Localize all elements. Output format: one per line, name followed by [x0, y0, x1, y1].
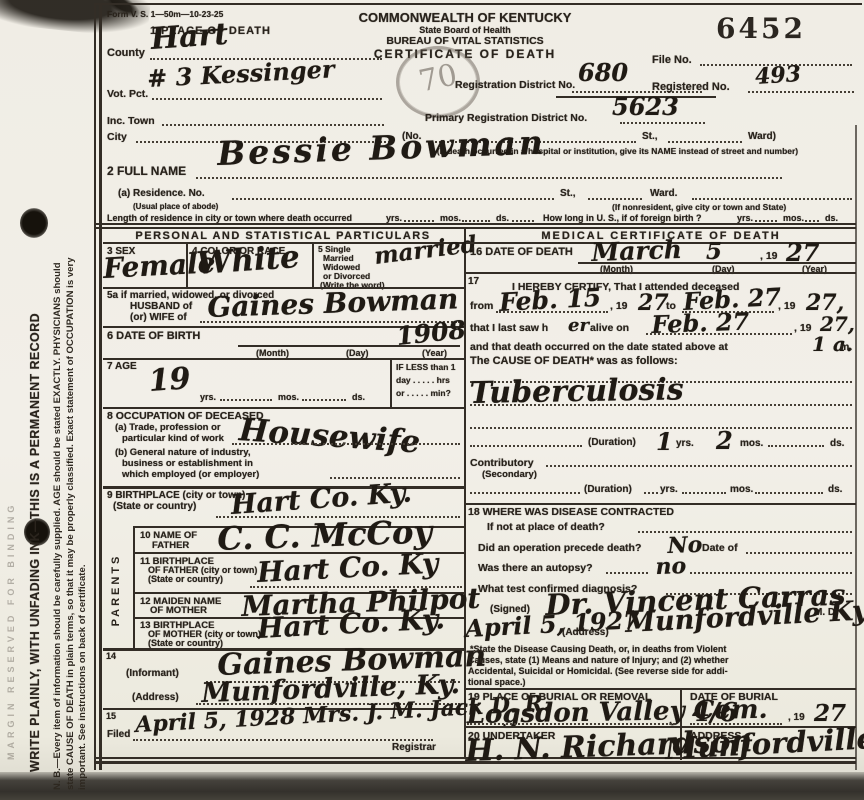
len-yrs-label: yrs.	[386, 213, 402, 223]
age-value: 19	[148, 361, 192, 399]
date-of-death-year-prefix: , 19	[760, 250, 778, 262]
duration-mos-label: mos.	[740, 438, 763, 449]
dob-day-label: (Day)	[346, 348, 369, 358]
margin-nb-note: N. B.—Every item of information should b…	[52, 18, 90, 790]
autopsy-value: no	[655, 553, 687, 580]
margin-nb-line1: N. B.—Every item of information should b…	[52, 18, 65, 790]
operation-date-label: Date of	[702, 542, 738, 554]
header-separator-2	[94, 227, 856, 229]
last-saw-label: that I last saw h	[470, 322, 548, 334]
inc-town-label: Inc. Town	[107, 115, 155, 127]
nonresident-note: (If nonresident, give city or town and S…	[612, 202, 786, 212]
bureau-subtitle: BUREAU OF VITAL STATISTICS	[330, 35, 600, 47]
secondary-label: (Secondary)	[482, 469, 537, 480]
registration-district-value: 680	[578, 58, 628, 87]
occupation-value: Housewife	[238, 412, 421, 461]
margin-nb-line3: important. See instructions on back of c…	[77, 18, 90, 790]
len-ds-label: ds.	[496, 213, 509, 223]
death-certificate-scan: MARGIN RESERVED FOR BINDING WRITE PLAINL…	[0, 0, 864, 800]
last-saw-pronoun: er	[568, 315, 589, 336]
registered-no-line	[748, 91, 854, 93]
footnote-underline	[466, 688, 856, 690]
duration-lead-line	[470, 445, 582, 447]
primary-registration-value: 5623	[612, 92, 679, 121]
operation-label: Did an operation precede death?	[478, 542, 641, 554]
death-occurred-label: and that death occurred on the date stat…	[470, 341, 728, 353]
age-mos-label: mos.	[278, 392, 299, 402]
inc-town-line	[162, 124, 384, 126]
abode-note: (Usual place of abode)	[133, 202, 218, 211]
mother-birthplace-label-3: (State or country)	[148, 638, 223, 648]
last-saw-line	[646, 333, 792, 335]
parents-divider-vertical	[133, 526, 135, 648]
duration2-ds-label: ds.	[828, 484, 842, 495]
cause-line-2	[470, 404, 852, 406]
duration-ds-label: ds.	[830, 438, 844, 449]
filed-label: Filed	[107, 729, 130, 740]
len-ds-line	[512, 220, 534, 222]
residence-ward-label: Ward.	[650, 188, 677, 199]
footnote-line-3: Accidental, Suicidal or Homicidal. (See …	[468, 666, 728, 676]
dob-line	[238, 345, 460, 347]
saw-year-prefix: , 19	[794, 322, 812, 334]
occupation-a-label-1: (a) Trade, profession or	[115, 422, 221, 433]
duration-ds-line	[768, 445, 824, 447]
disease-contracted-label: 18 WHERE WAS DISEASE CONTRACTED	[468, 506, 674, 518]
footnote-line-4: tional space.)	[468, 677, 526, 687]
footnote-line-2: Causes, state (1) Means and nature of In…	[468, 655, 729, 665]
age-yrs-line	[220, 399, 272, 401]
contributory-line	[546, 465, 852, 467]
duration2-label: (Duration)	[584, 484, 632, 495]
mother-maiden-label-2: OF MOTHER	[150, 605, 207, 616]
voting-precinct-line	[152, 98, 382, 100]
attended-from-label: from	[470, 300, 493, 312]
cause-of-death-label: The CAUSE OF DEATH* was as follows:	[470, 355, 678, 367]
full-name-line	[196, 177, 782, 179]
length-residence-label: Length of residence in city or town wher…	[107, 213, 352, 223]
parents-vertical-label: PARENTS	[110, 535, 122, 645]
duration2-yrs-line	[644, 492, 658, 494]
duration2-ds-line	[755, 492, 823, 494]
color-race-value: White	[195, 239, 300, 282]
autopsy-lead-line	[606, 572, 648, 574]
city-st-line	[668, 141, 742, 143]
burial-place-line	[467, 723, 675, 725]
birthplace-label-2: (State or country)	[113, 501, 196, 512]
us-mos-label: mos.	[783, 213, 804, 223]
commonwealth-title: COMMONWEALTH OF KENTUCKY	[330, 10, 600, 25]
wife-of-label: (or) WIFE of	[130, 312, 187, 323]
margin-nb-line2: state CAUSE OF DEATH in plain terms, so …	[65, 18, 78, 790]
alive-on-label: alive on	[590, 322, 629, 334]
if-less-label-3: or . . . . . min?	[396, 388, 451, 398]
len-yrs-line	[404, 220, 434, 222]
informant-label: (Informant)	[126, 668, 179, 679]
if-less-label-1: IF LESS than 1	[396, 362, 456, 372]
duration2-mos-label: mos.	[730, 484, 753, 495]
autopsy-line	[690, 572, 852, 574]
county-value: Hart	[150, 17, 230, 57]
residence-ward-line	[692, 198, 852, 200]
occupation-b-label-3: which employed (or employer)	[122, 469, 259, 480]
if-less-label-2: day . . . . . hrs	[396, 375, 450, 385]
voting-precinct-label: Vot. Pct.	[107, 88, 148, 100]
us-yrs-line	[755, 220, 777, 222]
residence-st-line	[588, 198, 642, 200]
signature-address-label: (Address)	[562, 627, 609, 638]
cause-section-underline	[466, 503, 856, 505]
occupation-b-label-2: business or establishment in	[122, 458, 253, 469]
city-label: City	[107, 131, 127, 143]
us-ds-label: ds.	[825, 213, 838, 223]
stamp-number: 70	[416, 57, 461, 99]
duration-yrs-label: yrs.	[676, 438, 694, 449]
birthplace-label-1: 9 BIRTHPLACE (city or town)	[107, 490, 245, 501]
certificate-number: 6452	[716, 12, 806, 45]
column-divider	[464, 227, 466, 759]
from-year-prefix: , 19	[610, 300, 628, 312]
scan-bottom-shadow	[0, 772, 864, 800]
age-ds-label: ds.	[352, 392, 365, 402]
state-board-subtitle: State Board of Health	[330, 25, 600, 35]
autopsy-label: Was there an autopsy?	[478, 562, 593, 574]
border-right	[855, 125, 857, 770]
burial-year-prefix: , 19	[788, 712, 805, 723]
ink-blot-upper	[20, 208, 48, 238]
occupation-a-line	[232, 443, 460, 445]
age-mos-line	[302, 399, 346, 401]
dob-row-underline	[103, 358, 464, 360]
filed-line	[133, 739, 433, 741]
voting-precinct-value: # 3 Kessinger	[146, 54, 335, 93]
dob-year-label: (Year)	[422, 348, 447, 358]
occupation-b-label-1: (b) General nature of industry,	[115, 447, 250, 458]
dob-label: 6 DATE OF BIRTH	[107, 330, 200, 342]
header-separator-1	[94, 223, 856, 225]
father-birthplace-label-3: (State or country)	[148, 574, 223, 584]
age-label: 7 AGE	[107, 361, 137, 372]
city-ward-label: Ward)	[748, 131, 776, 142]
registration-district-label: Registration District No.	[455, 79, 575, 91]
color-marital-divider	[312, 242, 314, 287]
not-at-place-label: If not at place of death?	[487, 521, 605, 533]
age-box-divider	[390, 358, 392, 407]
death-time-m-label: m.	[840, 341, 852, 353]
duration2-mos-line	[682, 492, 726, 494]
len-mos-label: mos.	[440, 213, 461, 223]
duration2-yrs-label: yrs.	[660, 484, 678, 495]
registered-no-value: 493	[754, 61, 802, 90]
certify-number: 17	[468, 276, 479, 287]
duration2-lead-line	[470, 492, 580, 494]
primary-registration-line	[620, 122, 705, 124]
border-top	[94, 3, 862, 5]
residence-st-label: St.,	[560, 188, 576, 199]
attended-from-line	[496, 311, 608, 313]
border-left-thin	[94, 4, 96, 770]
operation-date-line	[746, 552, 852, 554]
border-left-thick	[99, 4, 102, 770]
informant-address-label: (Address)	[132, 692, 179, 703]
husband-of-label: HUSBAND of	[130, 301, 192, 312]
full-name-value: Bessie Bowman	[217, 123, 547, 173]
age-row-underline	[103, 407, 464, 409]
occupation-a-label-2: particular kind of work	[122, 433, 224, 444]
residence-label: (a) Residence. No.	[118, 188, 205, 199]
duration-months-value: 2	[716, 426, 733, 455]
footnote-line-1: *State the Disease Causing Death, or, in…	[470, 644, 726, 654]
primary-registration-label: Primary Registration District No.	[425, 112, 587, 124]
us-yrs-label: yrs.	[737, 213, 753, 223]
residence-line	[232, 198, 554, 200]
file-no-label: File No.	[652, 54, 692, 66]
age-yrs-label: yrs.	[200, 392, 216, 402]
dob-month-label: (Month)	[256, 348, 289, 358]
to-year-prefix: , 19	[778, 300, 796, 312]
sex-color-divider	[186, 242, 188, 287]
us-mos-line	[805, 220, 819, 222]
filed-number: 15	[106, 711, 116, 721]
duration-years-value: 1	[656, 427, 673, 456]
dod-row-underline	[466, 272, 856, 274]
how-long-us-label: How long in U. S., if of foreign birth ?	[543, 213, 701, 223]
informant-number: 14	[106, 651, 116, 661]
date-of-death-day: 5	[706, 238, 722, 265]
margin-binding-note: MARGIN RESERVED FOR BINDING	[6, 502, 16, 760]
len-mos-line	[462, 220, 490, 222]
county-label: County	[107, 47, 145, 59]
full-name-label: 2 FULL NAME	[107, 164, 186, 178]
registrar-label: Registrar	[392, 742, 436, 753]
contributory-label: Contributory	[470, 457, 534, 469]
duration-label: (Duration)	[588, 437, 636, 448]
city-st-label: St.,	[642, 131, 658, 142]
registered-no-label: Registered No.	[652, 81, 730, 93]
father-name-label-2: FATHER	[152, 540, 189, 551]
margin-permanent-record-note: WRITE PLAINLY, WITH UNFADING INK—THIS IS…	[28, 313, 42, 772]
date-of-death-label: 16 DATE OF DEATH	[470, 246, 573, 258]
